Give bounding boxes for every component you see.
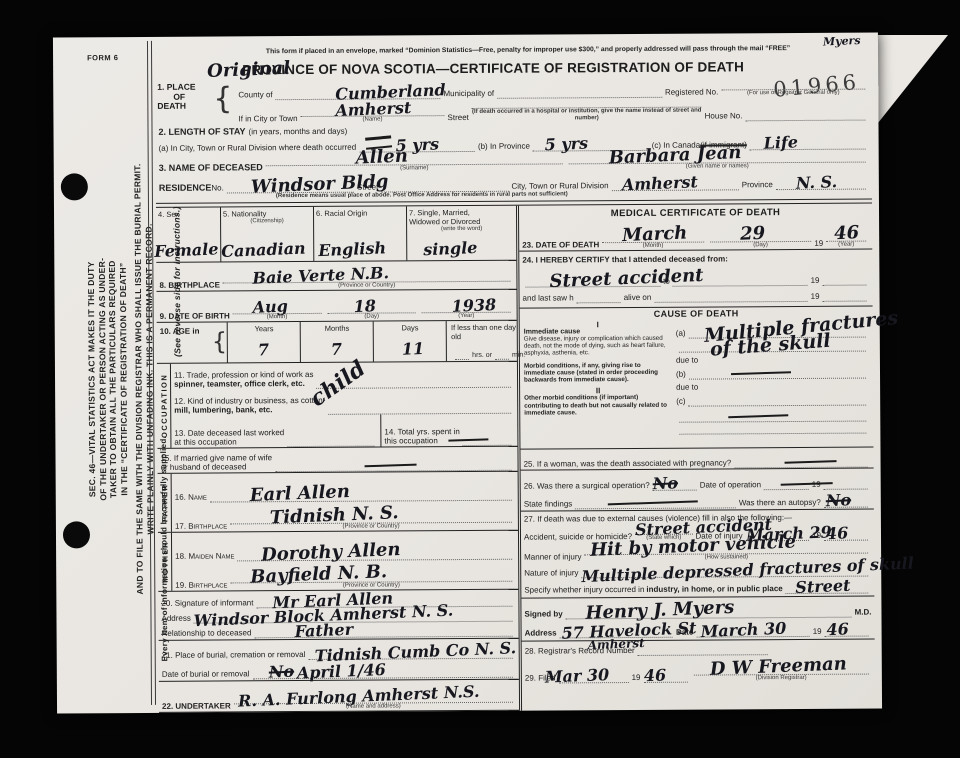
handwritten-dob-year: 1938 <box>452 295 497 316</box>
father-birthplace-label: 17. Birthplace <box>175 521 227 531</box>
city-town-line: Amherst <box>300 105 444 117</box>
handwritten-sex: Female <box>154 239 219 261</box>
signed-19: 19 <box>813 626 822 636</box>
occupation-group: OCCUPATION 11. Trade, profession or kind… <box>157 361 518 448</box>
total-yrs-line <box>463 434 512 445</box>
handwritten-struck-no: No <box>268 661 294 681</box>
specify-label-2: industry, in home, or in public place <box>646 584 782 595</box>
morbid-conditions-label: Morbid conditions, if any, giving rise t… <box>524 361 672 384</box>
handwritten-signed-year: 46 <box>826 619 849 639</box>
burial-place-label: 21. Place of burial, cremation or remova… <box>162 649 306 660</box>
residence-line: Windsor Bldg <box>227 182 354 194</box>
cause-of-death-box: CAUSE OF DEATH I Immediate cause Give di… <box>520 306 874 449</box>
date-of-death-label: 23. DATE OF DEATH <box>522 240 599 250</box>
punch-hole <box>63 521 90 548</box>
handwritten-surname: Allen <box>355 145 408 168</box>
certificate-paper: FORM 6 SEC. 46—VITAL STATISTICS ACT MAKE… <box>53 32 882 713</box>
handwritten-dash <box>785 460 837 464</box>
father-birthplace-line: Tidnish N. S. <box>230 511 512 524</box>
row-20-informant: 20. Signature of informant Mr Earl Allen… <box>158 589 518 640</box>
residence-city-label: City, Town or Rural Division <box>511 181 608 192</box>
father-group: FATHER 16. Name Earl Allen 17. Birthplac… <box>158 471 518 532</box>
row-29-filed: 29. Filed Mar 30 19 46 D W Freeman(Divis… <box>522 654 875 683</box>
age-less-cell: If less than one day old hrs. or min. <box>446 320 517 360</box>
due-to-label-1: due to <box>676 355 698 365</box>
alive-on-label: alive on <box>624 292 652 302</box>
handwritten-marital: single <box>423 237 478 258</box>
birthplace-line: Baie Verte N.B. <box>223 270 511 283</box>
scanned-death-certificate: FORM 6 SEC. 46—VITAL STATISTICS ACT MAKE… <box>0 0 960 758</box>
state-findings-line <box>575 497 736 509</box>
registrar-record-line <box>638 644 768 656</box>
age-years-cell: Years 7 <box>227 322 300 362</box>
row-22-undertaker: 22. UNDERTAKER R. A. Furlong Amherst N.S… <box>159 679 519 712</box>
father-name-label: 16. Name <box>175 492 207 502</box>
signed-by-label: Signed by <box>524 609 562 619</box>
row-signed: Signed by Henry J. Myers M.D. Address 57… <box>521 596 874 641</box>
filed-year-line: 46 <box>643 671 687 682</box>
spouse-line <box>275 459 511 471</box>
name-of-deceased-label: 3. NAME OF DECEASED <box>159 162 263 174</box>
handwritten-specify: Street <box>795 575 851 596</box>
handwritten-dash <box>731 371 791 375</box>
pregnancy-label: 25. If a woman, was the death associated… <box>524 458 732 469</box>
last-worked-label: 13. Date deceased last workedat this occ… <box>174 428 284 448</box>
age-days-cell: Days 11 <box>373 321 446 361</box>
residence-no-label: No. <box>211 183 224 193</box>
street-label: Street <box>447 113 468 123</box>
handwritten-nationality: Canadian <box>221 238 306 260</box>
md-label: M.D. <box>855 607 872 617</box>
mother-maiden-line: Dorothy Allen <box>237 548 512 561</box>
handwritten-residence-city: Amherst <box>621 172 698 194</box>
burial-date-label: Date of burial or removal <box>162 669 250 680</box>
specify-line: Street <box>786 582 869 594</box>
alive-year-line <box>823 290 867 301</box>
to-19: 19 <box>811 275 820 285</box>
brace: { <box>213 82 232 124</box>
signed-by-line: Henry J. Myers <box>566 606 852 619</box>
trade-label: 11. Trade, profession or kind of work as… <box>174 369 314 389</box>
handwritten-racial-origin: English <box>318 238 387 260</box>
nationality-sub: (Citizenship) <box>223 217 311 225</box>
surname-line: Allen <box>266 153 563 166</box>
dod-year-line: 46 <box>826 230 866 241</box>
other-morbid-line1 <box>679 410 866 422</box>
residence-street-line <box>381 181 508 193</box>
father-name-line: Earl Allen <box>210 489 512 502</box>
handwritten-dod-month: March <box>622 222 688 246</box>
residence-label: RESIDENCE <box>159 183 212 194</box>
handwritten-corner-note: Myers <box>823 34 861 49</box>
burial-date-line: NoApril 1/46 <box>252 666 512 679</box>
total-yrs-label: 14. Total yrs. spent inthis occupation <box>384 427 460 446</box>
cause-c-label: (c) <box>676 396 685 406</box>
date-of-operation-line <box>764 478 809 489</box>
handwritten-filed-year: 46 <box>643 665 666 685</box>
handwritten-relationship: Father <box>294 619 353 640</box>
paper-corner <box>878 35 948 123</box>
specify-label-1: Specify whether injury occurred in <box>524 584 644 595</box>
informant-address-line: Windsor Block Amherst N. S. <box>194 610 513 623</box>
handwritten-dash <box>728 414 788 418</box>
pregnancy-line <box>734 456 867 468</box>
handwritten-city: Amherst <box>335 98 412 120</box>
cause-c-line <box>688 394 866 406</box>
handwritten-dash <box>365 463 417 467</box>
cause-left-labels: I Immediate cause Give disease, injury o… <box>524 320 677 435</box>
mother-maiden-label: 18. Maiden Name <box>175 551 234 561</box>
cause-b-line <box>689 367 866 379</box>
age-months-cell: Months 7 <box>300 321 373 361</box>
cause-entries: (a) Multiple fractures of the skull due … <box>676 319 870 434</box>
autopsy-label: Was there an autopsy? <box>739 497 821 508</box>
handwritten-signed-date: March 30 <box>700 618 786 640</box>
filed-date-line: Mar 30 <box>559 672 629 683</box>
row-27-external-causes: 27. If death was due to external causes … <box>521 509 875 598</box>
attended-from-line: Street accident <box>525 275 660 287</box>
handwritten-dod-year: 46 <box>834 222 860 244</box>
manner-line: Hit by motor vehicle <box>584 542 868 555</box>
house-no-label: House No. <box>705 111 743 121</box>
dob-month-line: Aug <box>233 302 322 314</box>
handwritten-burial-date: April 1/46 <box>296 659 386 682</box>
dod-day-line: 29 <box>710 230 812 242</box>
last-saw-line <box>577 292 621 303</box>
handwritten-age-days: 11 <box>402 338 425 358</box>
given-names-line: Barbara Jean <box>569 152 866 165</box>
length-of-stay-label: 2. LENGTH OF STAY <box>158 126 245 138</box>
handwritten-age-months: 7 <box>331 339 343 358</box>
age-months-header: Months <box>301 323 373 332</box>
burial-place-line: Tidnish Cumb Co N. S. <box>308 647 512 659</box>
row-9-date-of-birth: 9. DATE OF BIRTH Aug(Month) 18(Day) 1938… <box>156 289 516 322</box>
alive-on-line <box>654 290 807 302</box>
handwritten-stay-province: 5 yrs <box>545 134 589 155</box>
title-row: Original PROVINCE OF NOVA SCOTIA—CERTIFI… <box>155 52 871 82</box>
length-of-stay-paren: (in years, months and days) <box>249 127 348 138</box>
date-of-operation-label: Date of operation <box>700 480 761 490</box>
physician-address-label: Address <box>525 628 557 638</box>
filed-19: 19 <box>632 672 641 682</box>
handwritten-residence-province: N. S. <box>795 172 837 193</box>
row-15-spouse: 15. If married give name of wifeor husba… <box>157 446 517 473</box>
cause-b-label: (b) <box>676 369 686 379</box>
hrs-line <box>455 348 469 359</box>
state-findings-label: State findings <box>524 499 573 509</box>
section-1-label: 1. PLACE OF DEATH <box>155 83 213 125</box>
section-2-length-of-stay: 2. LENGTH OF STAY (in years, months and … <box>155 121 871 154</box>
handwritten-dob-month: Aug <box>252 296 288 316</box>
row-10-age: 10. AGE in { Years 7 Months 7 Days 11 <box>157 320 517 363</box>
mother-birthplace-line: Bayfield N. B. <box>230 570 512 583</box>
accident-line: Street accident <box>635 523 693 534</box>
registered-no-line <box>721 79 865 91</box>
sex-label: 4. Sex <box>158 209 179 218</box>
age-days-header: Days <box>374 323 446 332</box>
industry-line <box>328 402 511 414</box>
section-1-place-of-death: 1. PLACE OF DEATH { County of Cumberland… <box>155 79 871 125</box>
medical-column: MEDICAL CERTIFICATE OF DEATH 23. DATE OF… <box>516 203 875 710</box>
row-26-operation: 26. Was there a surgical operation? No D… <box>521 468 874 511</box>
brace: { <box>212 322 228 362</box>
handwritten-original: Original <box>207 58 291 82</box>
row-4-7: 4. Sex Female 5. Nationality (Citizenshi… <box>156 205 516 262</box>
hrs-label: hrs. or <box>472 351 492 359</box>
age-label: 10. AGE in <box>157 322 212 362</box>
operation-line: No <box>653 479 697 490</box>
row-8-birthplace: 8. BIRTHPLACE Baie Verte N.B. (Province … <box>156 260 516 291</box>
city-town-label: If in City or Town <box>239 114 298 124</box>
handwritten-father-name: Earl Allen <box>249 480 350 505</box>
dod-month-line: March <box>602 231 704 243</box>
handwritten-dash <box>607 500 697 505</box>
due-to-label-2: due to <box>676 382 698 392</box>
dob-day-line: 18 <box>327 302 416 314</box>
signed-date-line: March 30 <box>696 625 809 637</box>
informant-address-label: Address <box>161 613 190 623</box>
informant-label: 20. Signature of informant <box>161 598 253 609</box>
mother-group: MOTHER 18. Maiden Name Dorothy Allen 19.… <box>158 530 518 591</box>
physician-address-line: 57 Havelock StAmherst <box>560 626 673 638</box>
last-worked-line <box>287 435 374 447</box>
dod-19: 19 <box>814 238 823 248</box>
certify-label: 24. I HEREBY CERTIFY that I attended dec… <box>522 254 728 264</box>
section-3-name-of-deceased: 3. NAME OF DECEASED Allen (Surname) Barb… <box>156 150 872 201</box>
handwritten-operation-no: No <box>652 473 678 493</box>
stay-c-line: Life <box>750 139 866 151</box>
manner-of-injury-label: Manner of injury <box>524 552 581 562</box>
age-less-label: If less than one day old <box>451 322 517 340</box>
racial-origin-label: 6. Racial Origin <box>316 208 404 218</box>
row-24-certify: 24. I HEREBY CERTIFY that I attended dec… <box>519 249 872 308</box>
operation-label: 26. Was there a surgical operation? <box>524 480 650 491</box>
other-morbid-line2 <box>679 422 866 434</box>
mother-vertical-label: MOTHER <box>158 532 172 590</box>
personal-column: 4. Sex Female 5. Nationality (Citizenshi… <box>156 205 519 712</box>
undertaker-line: R. A. Furlong Amherst N.S. <box>234 691 513 704</box>
age-years-header: Years <box>228 324 300 333</box>
other-morbid-label: Other morbid conditions (if important) c… <box>524 394 672 417</box>
undertaker-label: 22. UNDERTAKER <box>162 701 231 711</box>
row-25-pregnancy: 25. If a woman, was the death associated… <box>520 447 873 470</box>
father-vertical-label: FATHER <box>158 473 172 531</box>
street-sub: (If death occurred in a hospital or inst… <box>469 108 705 123</box>
autopsy-line: No <box>824 496 868 507</box>
division-registrar-line: D W Freeman <box>693 663 868 675</box>
county-line: Cumberland <box>276 88 441 100</box>
min-line <box>495 348 509 359</box>
house-no-line <box>745 110 865 122</box>
occupation-vertical-label: OCCUPATION <box>157 363 172 447</box>
form-body: Myers This form if placed in an envelope… <box>155 39 875 707</box>
handwritten-autopsy-no: No <box>825 490 851 510</box>
relationship-line: Father <box>254 625 512 638</box>
stay-b-label: (b) In Province <box>478 142 530 152</box>
handwritten-age-years: 7 <box>258 340 270 359</box>
residence-province-line: N. S. <box>776 179 866 191</box>
handwritten-stay-canada: Life <box>763 132 798 152</box>
handwritten-filed-date: Mar 30 <box>544 665 609 687</box>
signed-year-line: 46 <box>825 625 869 636</box>
handwritten-injury-year: 46 <box>826 523 849 543</box>
medical-certificate-title: MEDICAL CERTIFICATE OF DEATH <box>519 203 872 222</box>
nature-of-injury-label: Nature of injury <box>524 568 578 578</box>
industry-label: 12. Kind of industry or business, as cot… <box>174 395 325 415</box>
row-23-date-of-death: 23. DATE OF DEATH March(Month) 29(Day) 1… <box>519 220 872 251</box>
stay-a-label: (a) In City, Town or Rural Division wher… <box>159 143 357 154</box>
mother-birthplace-label: 19. Birthplace <box>175 580 227 590</box>
county-label: County of <box>238 90 272 100</box>
street-line <box>472 97 702 109</box>
to-year-line <box>822 274 866 285</box>
handwritten-dod-day: 29 <box>739 222 765 244</box>
marital-sub: (write the word) <box>409 225 514 233</box>
residence-city-line: Amherst <box>612 179 739 191</box>
handwritten-dob-day: 18 <box>353 296 376 316</box>
last-saw-label: and last saw h <box>523 293 574 303</box>
punch-hole <box>61 173 88 200</box>
spouse-label: 15. If married give name of wifeor husba… <box>160 453 272 473</box>
residence-province-label: Province <box>742 180 773 190</box>
alive-19: 19 <box>811 291 820 301</box>
date-of-birth-label: 9. DATE OF BIRTH <box>160 311 230 321</box>
handwritten-physician-address-2: Amherst <box>587 635 645 651</box>
main-columns: 4. Sex Female 5. Nationality (Citizenshi… <box>156 203 875 712</box>
dob-year-line: 1938 <box>422 301 511 313</box>
cause-a-label: (a) <box>676 328 686 338</box>
injury-year-line: 46 <box>824 529 868 540</box>
birthplace-label: 8. BIRTHPLACE <box>159 280 220 290</box>
immediate-cause-note: Give disease, injury or complication whi… <box>524 335 672 358</box>
row-21-burial: 21. Place of burial, cremation or remova… <box>159 638 519 681</box>
